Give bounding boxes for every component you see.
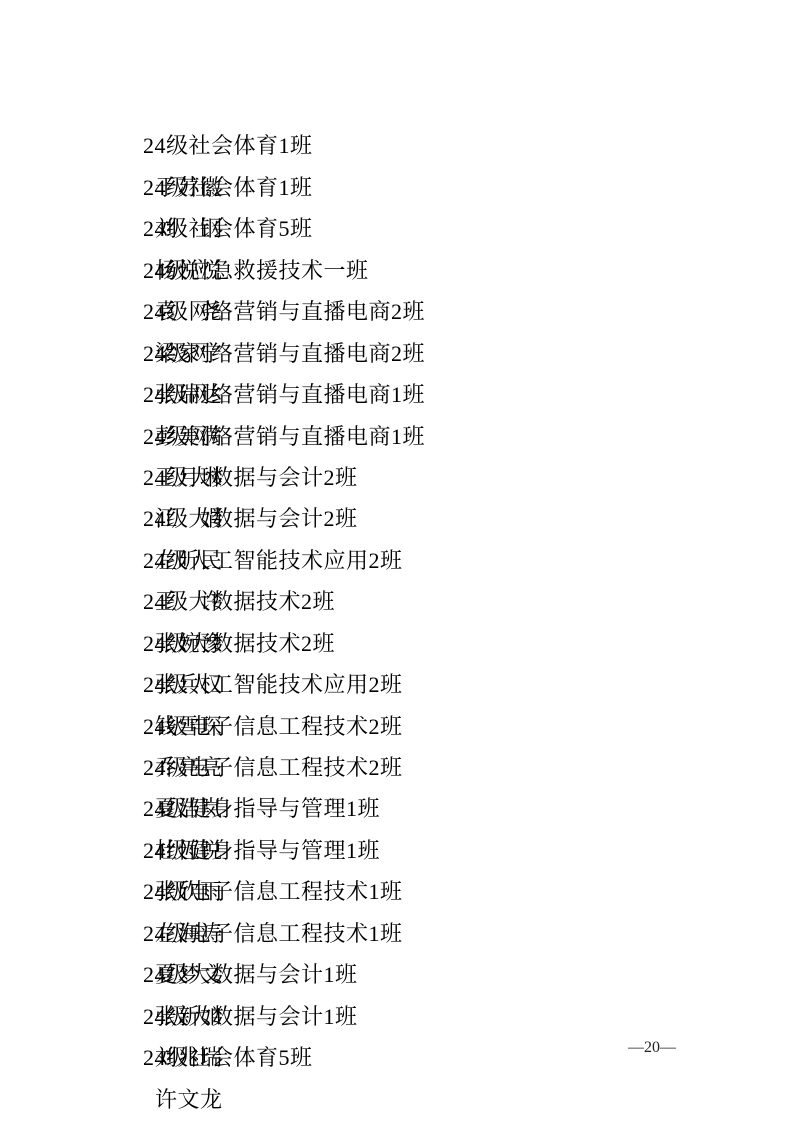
- page-footer: —20—: [628, 1039, 676, 1057]
- list-item: 24级社会体育1班 于苏徽: [119, 84, 733, 125]
- class-label: 24级社会体育1班: [143, 175, 313, 200]
- class-label: 24级健身指导与管理1班: [143, 796, 380, 821]
- class-label: 24级大数据与会计2班: [143, 465, 358, 490]
- class-label: 24级网络营销与直播电商1班: [143, 382, 425, 407]
- page-number: —20—: [628, 1039, 676, 1056]
- class-label: 24级电子信息工程技术2班: [143, 755, 403, 780]
- class-label: 24级电子信息工程技术2班: [143, 714, 403, 739]
- class-label: 24级网络营销与直播电商1班: [143, 424, 425, 449]
- student-name: 许文龙: [155, 1087, 223, 1112]
- class-label: 24级大数据技术2班: [143, 631, 335, 656]
- student-list: 24级社会体育1班 于苏徽 24级社会体育1班 刘 钢 24级社会体育5班 杨悦…: [119, 84, 733, 1037]
- class-label: 24级社会体育1班: [143, 133, 313, 158]
- class-label: 24级电子信息工程技术1班: [143, 879, 403, 904]
- class-label: 24级大数据与会计1班: [143, 962, 358, 987]
- class-label: 24级网络营销与直播电商2班: [143, 299, 425, 324]
- class-label: 24级电子信息工程技术1班: [143, 921, 403, 946]
- class-label: 24级社会体育5班: [143, 216, 313, 241]
- class-label: 24级大数据与会计1班: [143, 1004, 358, 1029]
- document-page: 24级社会体育1班 于苏徽 24级社会体育1班 刘 钢 24级社会体育5班 杨悦…: [0, 0, 793, 1122]
- class-label: 24级人工智能技术应用2班: [143, 672, 403, 697]
- class-label: 24级健身指导与管理1班: [143, 838, 380, 863]
- class-label: 24级应急救援技术一班: [143, 258, 369, 283]
- class-label: 24级大数据与会计2班: [143, 506, 358, 531]
- class-label: 24级人工智能技术应用2班: [143, 548, 403, 573]
- class-label: 24级网络营销与直播电商2班: [143, 341, 425, 366]
- class-label: 24级大数据技术2班: [143, 589, 335, 614]
- class-label: 24级社会体育5班: [143, 1045, 313, 1070]
